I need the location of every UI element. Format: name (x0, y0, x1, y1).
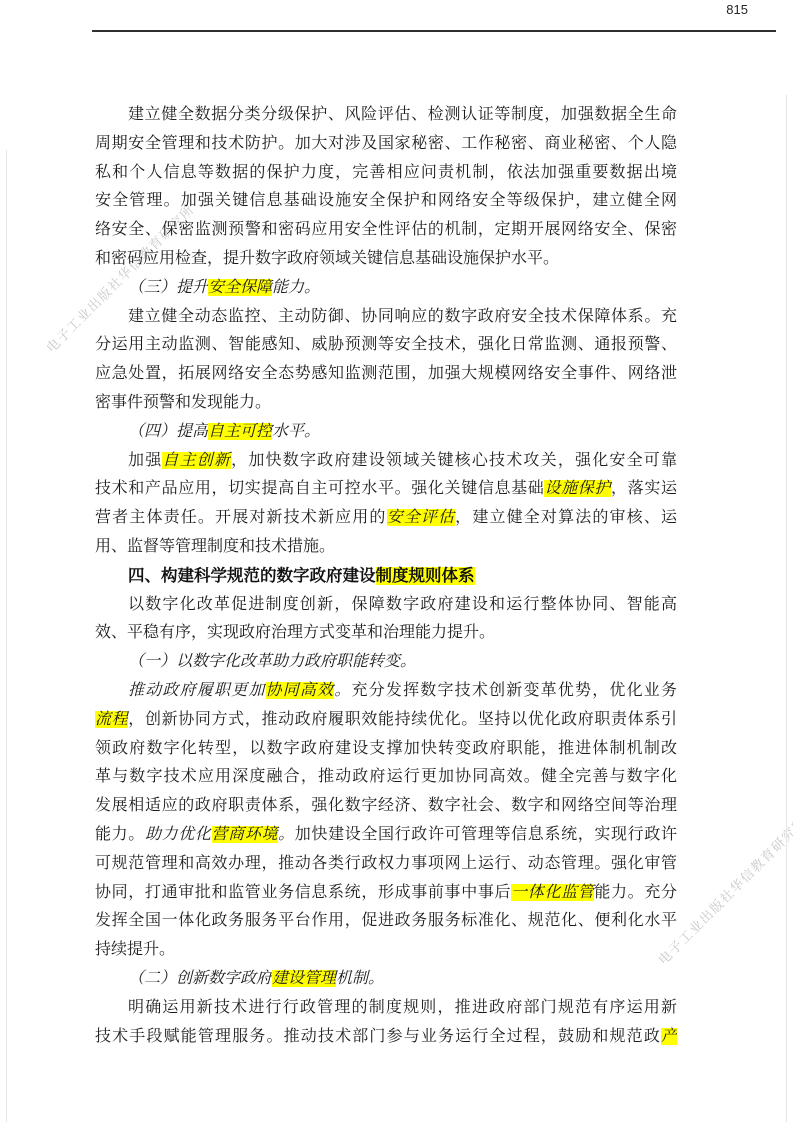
body-text-block: 建立健全数据分类分级保护、风险评估、检测认证等制度，加强数据全生命周期安全管理和… (95, 101, 677, 1051)
text-segment: 发挥全国一体化政务服务平台作用，促进政务服务标准化、规范化、便利化水平 (95, 912, 677, 929)
text-segment: 密事件预警和发现能力。 (95, 394, 271, 411)
text-line: 协同，打通审批和监管业务信息系统，形成事前事中事后一体化监管能力。充分 (95, 879, 677, 908)
text-segment: ，建立健全对算法的审核、运 (455, 509, 677, 526)
text-line: 推动政府履职更加协同高效。充分发挥数字技术创新变革优势，优化业务 (95, 677, 677, 706)
text-line: 四、构建科学规范的数字政府建设制度规则体系 (95, 562, 677, 591)
page-edge-line-right (786, 95, 787, 1122)
text-line: （二）创新数字政府建设管理机制。 (95, 965, 677, 994)
highlighted-term: 设施保护 (544, 480, 611, 497)
document-page: 815 电子工业出版社华信教育研究所 电子工业出版社华信教育研究所 建立健全数据… (0, 0, 793, 1122)
text-segment: 。 (278, 826, 295, 843)
highlighted-term: 自主可控 (208, 423, 272, 440)
text-segment: （一）以数字化改革助力政府职能转变。 (128, 653, 416, 670)
text-line: （四）提高自主可控水平。 (95, 418, 677, 447)
text-segment: 应急处置，拓展网络安全态势感知监测范围，加强大规模网络安全事件、网络泄 (95, 365, 677, 382)
highlighted-term: 建设管理 (272, 970, 336, 987)
highlighted-term: 一体化监管 (511, 884, 594, 901)
text-segment: 技术和产品应用，切实提高自主可控水平。强化关键信息基础 (95, 480, 544, 497)
text-segment: 安全管理。加强关键信息基础设施安全保护和网络安全等级保护，建立健全网 (95, 192, 677, 209)
text-segment: 协同，打通审批和监管业务信息系统，形成事前事中事后 (95, 884, 511, 901)
text-segment: 明确运用新技术进行行政管理的制度规则，推进政府部门规范有序运用新 (128, 999, 677, 1016)
text-segment: ，落实运 (611, 480, 677, 497)
text-segment: 革与数字技术应用深度融合，推动政府运行更加协同高效。健全完善与数字化 (95, 768, 677, 785)
text-segment: ，创新协同方式，推动政府履职效能持续优化。坚持以优化政府职责体系引 (128, 711, 677, 728)
text-segment: 领政府数字化转型，以数字政府建设支撑加快转变政府职能，推进体制机制改 (95, 740, 677, 757)
text-line: 周期安全管理和技术防护。加大对涉及国家秘密、工作秘密、商业秘密、个人隐 (95, 130, 677, 159)
page-edge-line-left (6, 150, 7, 1122)
text-line: 领政府数字化转型，以数字政府建设支撑加快转变政府职能，推进体制机制改 (95, 735, 677, 764)
text-segment: 技术手段赋能管理服务。推动技术部门参与业务运行全过程，鼓励和规范政 (95, 1028, 661, 1045)
text-segment: 营者主体责任。开展对新技术新应用的 (95, 509, 387, 526)
text-segment: （二）创新数字政府 (128, 970, 272, 987)
highlighted-term: 产 (661, 1028, 677, 1045)
text-line: 流程，创新协同方式，推动政府履职效能持续优化。坚持以优化政府职责体系引 (95, 706, 677, 735)
text-segment: 能力。 (272, 279, 320, 296)
text-line: 加强自主创新，加快数字政府建设领域关键核心技术攻关，强化安全可靠 (95, 447, 677, 476)
text-line: 和密码应用检查，提升数字政府领域关键信息基础设施保护水平。 (95, 245, 677, 274)
text-line: 应急处置，拓展网络安全态势感知监测范围，加强大规模网络安全事件、网络泄 (95, 360, 677, 389)
text-line: 发展相适应的政府职责体系，强化数字经济、数字社会、数字和网络空间等治理 (95, 792, 677, 821)
page-number: 815 (726, 2, 748, 17)
text-line: 络安全、保密监测预警和密码应用安全性评估的机制，定期开展网络安全、保密 (95, 216, 677, 245)
text-segment: 加强 (128, 452, 162, 469)
text-segment: ，加快数字政府建设领域关键核心技术攻关，强化安全可靠 (231, 452, 677, 469)
text-segment: （四）提高 (128, 423, 208, 440)
text-segment: 发展相适应的政府职责体系，强化数字经济、数字社会、数字和网络空间等治理 (95, 797, 677, 814)
highlighted-term: 协同高效 (266, 682, 335, 699)
text-line: 以数字化改革促进制度创新，保障数字政府建设和运行整体协同、智能高 (95, 591, 677, 620)
text-segment: 机制。 (336, 970, 384, 987)
highlighted-term: 安全评估 (387, 509, 456, 526)
text-segment: 。 (334, 682, 351, 699)
text-segment: 水平。 (272, 423, 320, 440)
text-line: 技术和产品应用，切实提高自主可控水平。强化关键信息基础设施保护，落实运 (95, 475, 677, 504)
text-line: 建立健全动态监控、主动防御、协同响应的数字政府安全技术保障体系。充 (95, 303, 677, 332)
text-line: 安全管理。加强关键信息基础设施安全保护和网络安全等级保护，建立健全网 (95, 187, 677, 216)
text-segment: 持续提升。 (95, 941, 175, 958)
text-line: 营者主体责任。开展对新技术新应用的安全评估，建立健全对算法的审核、运 (95, 504, 677, 533)
text-segment: 私和个人信息等数据的保护力度，完善相应问责机制，依法加强重要数据出境 (95, 164, 677, 181)
text-line: （一）以数字化改革助力政府职能转变。 (95, 648, 677, 677)
text-segment: 用、监督等管理制度和技术措施。 (95, 538, 335, 555)
text-line: （三）提升安全保障能力。 (95, 274, 677, 303)
text-segment: （三）提升 (128, 279, 208, 296)
text-segment: 周期安全管理和技术防护。加大对涉及国家秘密、工作秘密、商业秘密、个人隐 (95, 135, 677, 152)
text-line: 私和个人信息等数据的保护力度，完善相应问责机制，依法加强重要数据出境 (95, 159, 677, 188)
text-line: 发挥全国一体化政务服务平台作用，促进政务服务标准化、规范化、便利化水平 (95, 907, 677, 936)
text-segment: 充分发挥数字技术创新变革优势，优化业务 (352, 682, 677, 699)
text-segment: 助力优化 (145, 826, 212, 843)
text-segment: 效、平稳有序，实现政府治理方式变革和治理能力提升。 (95, 624, 495, 641)
header-rule (92, 30, 776, 32)
text-segment: 能力。充分 (594, 884, 677, 901)
highlighted-term: 营商环境 (212, 826, 279, 843)
text-segment: 以数字化改革促进制度创新，保障数字政府建设和运行整体协同、智能高 (128, 596, 677, 613)
highlighted-term: 流程 (95, 711, 128, 728)
text-segment: 和密码应用检查，提升数字政府领域关键信息基础设施保护水平。 (95, 250, 559, 267)
text-segment: 四、构建科学规范的数字政府建设 (128, 567, 376, 585)
text-segment: 推动政府履职更加 (128, 682, 266, 699)
text-segment: 加快建设全国行政许可管理等信息系统，实现行政许 (295, 826, 677, 843)
text-line: 可规范管理和高效办理，推动各类行政权力事项网上运行、动态管理。强化审管 (95, 850, 677, 879)
text-segment: 分运用主动监测、智能感知、威胁预测等安全技术，强化日常监测、通报预警、 (95, 336, 677, 353)
text-line: 建立健全数据分类分级保护、风险评估、检测认证等制度，加强数据全生命 (95, 101, 677, 130)
text-line: 明确运用新技术进行行政管理的制度规则，推进政府部门规范有序运用新 (95, 994, 677, 1023)
text-line: 能力。助力优化营商环境。加快建设全国行政许可管理等信息系统，实现行政许 (95, 821, 677, 850)
text-line: 密事件预警和发现能力。 (95, 389, 677, 418)
text-segment: 络安全、保密监测预警和密码应用安全性评估的机制，定期开展网络安全、保密 (95, 221, 677, 238)
text-line: 用、监督等管理制度和技术措施。 (95, 533, 677, 562)
text-line: 持续提升。 (95, 936, 677, 965)
text-line: 分运用主动监测、智能感知、威胁预测等安全技术，强化日常监测、通报预警、 (95, 331, 677, 360)
text-segment: 可规范管理和高效办理，推动各类行政权力事项网上运行、动态管理。强化审管 (95, 855, 677, 872)
text-segment: 建立健全数据分类分级保护、风险评估、检测认证等制度，加强数据全生命 (128, 106, 677, 123)
text-line: 效、平稳有序，实现政府治理方式变革和治理能力提升。 (95, 619, 677, 648)
highlighted-term: 安全保障 (208, 279, 272, 296)
text-segment: 建立健全动态监控、主动防御、协同响应的数字政府安全技术保障体系。充 (128, 308, 677, 325)
highlighted-term: 制度规则体系 (376, 567, 475, 585)
text-line: 革与数字技术应用深度融合，推动政府运行更加协同高效。健全完善与数字化 (95, 763, 677, 792)
text-line: 技术手段赋能管理服务。推动技术部门参与业务运行全过程，鼓励和规范政产 (95, 1023, 677, 1052)
highlighted-term: 自主创新 (162, 452, 231, 469)
text-segment: 能力。 (95, 826, 145, 843)
